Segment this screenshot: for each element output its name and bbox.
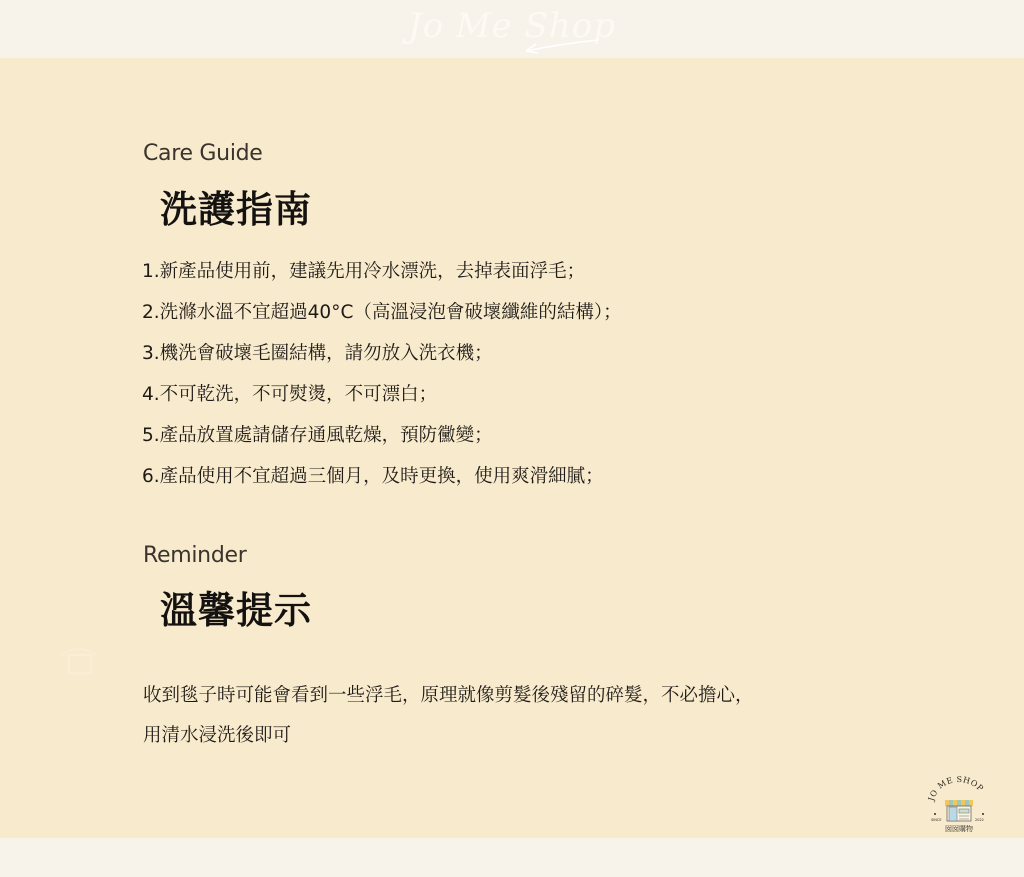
svg-text:JO ME SHOP: JO ME SHOP <box>926 776 985 803</box>
reminder-text: 收到毯子時可能會看到一些浮毛，原理就像剪髮後殘留的碎髮，不必擔心， 用清水浸洗後… <box>143 676 754 756</box>
care-item: 1.新產品使用前，建議先用冷水漂洗，去掉表面浮毛； <box>142 258 622 299</box>
brand-watermark: Jo Me Shop <box>0 6 1024 46</box>
reminder-line: 收到毯子時可能會看到一些浮毛，原理就像剪髮後殘留的碎髮，不必擔心， <box>143 676 754 716</box>
reminder-title-en: Reminder <box>143 543 246 568</box>
care-item: 2.洗滌水溫不宜超過40°C（高溫浸泡會破壞纖維的結構）； <box>142 299 622 340</box>
care-item: 3.機洗會破壞毛圈結構，請勿放入洗衣機； <box>142 340 622 381</box>
top-band: Jo Me Shop <box>0 0 1024 58</box>
svg-text:2022: 2022 <box>975 818 984 822</box>
svg-text:SINCE: SINCE <box>931 818 942 822</box>
care-item: 4.不可乾洗，不可熨燙，不可漂白； <box>142 381 622 422</box>
reminder-title-zh: 溫馨提示 <box>160 580 312 634</box>
care-item: 5.產品放置處請儲存通風乾燥，預防黴變； <box>142 422 622 463</box>
shop-logo-badge: JO ME SHOP SINCE 2022 囡囡購物 <box>925 776 993 836</box>
care-guide-title-en: Care Guide <box>143 141 263 166</box>
care-item: 6.產品使用不宜超過三個月，及時更換，使用爽滑細膩； <box>142 463 622 504</box>
watermark-logo-icon <box>55 645 103 681</box>
bottom-band <box>0 838 1024 877</box>
care-guide-title-zh: 洗護指南 <box>160 179 312 233</box>
svg-text:囡囡購物: 囡囡購物 <box>945 824 973 833</box>
arrow-icon <box>520 38 600 54</box>
care-guide-list: 1.新產品使用前，建議先用冷水漂洗，去掉表面浮毛； 2.洗滌水溫不宜超過40°C… <box>142 258 622 504</box>
reminder-line: 用清水浸洗後即可 <box>143 716 754 756</box>
